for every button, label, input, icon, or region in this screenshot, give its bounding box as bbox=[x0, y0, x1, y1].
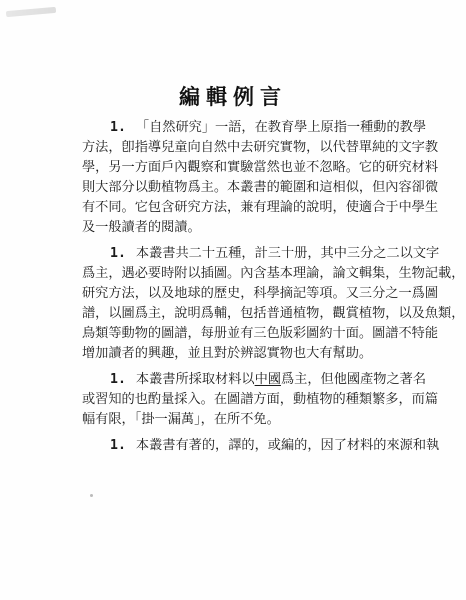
text-line: 1.本叢書有著的，譯的，或編的，因了材料的來源和執 bbox=[82, 436, 412, 456]
document-body: 1.「自然研究」一語，在教育學上原指一種動的教學 方法，卽指導兒童向自然中去研究… bbox=[82, 118, 412, 462]
document-page: 編輯例言 1.「自然研究」一語，在教育學上原指一種動的教學 方法，卽指導兒童向自… bbox=[0, 0, 466, 600]
text-line: 爲主，遇必要時附以插圖。內含基本理論，論文輯集，生物記載， bbox=[82, 264, 412, 284]
text-line: 研究方法，以及地球的歷史，科學摘記等項。又三分之一爲圖 bbox=[82, 284, 412, 304]
item-number: 1. bbox=[110, 120, 126, 135]
page-title: 編輯例言 bbox=[0, 81, 466, 111]
text-line: 增加讀者的興趣，並且對於辨認實物也大有幫助。 bbox=[82, 344, 412, 364]
item-number: 1. bbox=[110, 246, 126, 261]
underlined-text: 中國 bbox=[255, 372, 281, 387]
text-line: 及一般讀者的閱讀。 bbox=[82, 218, 412, 238]
paragraph-3: 1.本叢書所採取材料以中國爲主，但他國產物之著名 或習知的也酌量採入。在圖譜方面… bbox=[82, 370, 412, 430]
text-line: 則大部分以動植物爲主。本叢書的範圍和這相似，但內容卻微 bbox=[82, 178, 412, 198]
text-line: 方法，卽指導兒童向自然中去研究實物，以代替單純的文字教 bbox=[82, 138, 412, 158]
text-line: 或習知的也酌量採入。在圖譜方面，動植物的種類繁多，而篇 bbox=[82, 390, 412, 410]
text-line: 1.本叢書所採取材料以中國爲主，但他國產物之著名 bbox=[82, 370, 412, 390]
text-line: 學，另一方面戶內觀察和實驗當然也並不忽略。它的研究材料 bbox=[82, 158, 412, 178]
paragraph-2: 1.本叢書共二十五種，計三十册，其中三分之二以文字 爲主，遇必要時附以插圖。內含… bbox=[82, 244, 412, 364]
watermark bbox=[6, 7, 56, 17]
paragraph-1: 1.「自然研究」一語，在教育學上原指一種動的教學 方法，卽指導兒童向自然中去研究… bbox=[82, 118, 412, 238]
text-line: 鳥類等動物的圖譜，每册並有三色版彩圖約十面。圖譜不特能 bbox=[82, 324, 412, 344]
text-line: 幅有限，「掛一漏萬」，在所不免。 bbox=[82, 410, 412, 430]
text-line: 有不同。它包含研究方法，兼有理論的說明，使適合于中學生 bbox=[82, 198, 412, 218]
item-number: 1. bbox=[110, 372, 126, 387]
scan-speck bbox=[90, 494, 93, 497]
text-line: 1.本叢書共二十五種，計三十册，其中三分之二以文字 bbox=[82, 244, 412, 264]
text-line: 譜，以圖爲主，說明爲輔，包括普通植物，觀賞植物，以及魚類， bbox=[82, 304, 412, 324]
text-line: 1.「自然研究」一語，在教育學上原指一種動的教學 bbox=[82, 118, 412, 138]
paragraph-4: 1.本叢書有著的，譯的，或編的，因了材料的來源和執 bbox=[82, 436, 412, 456]
item-number: 1. bbox=[110, 438, 126, 453]
